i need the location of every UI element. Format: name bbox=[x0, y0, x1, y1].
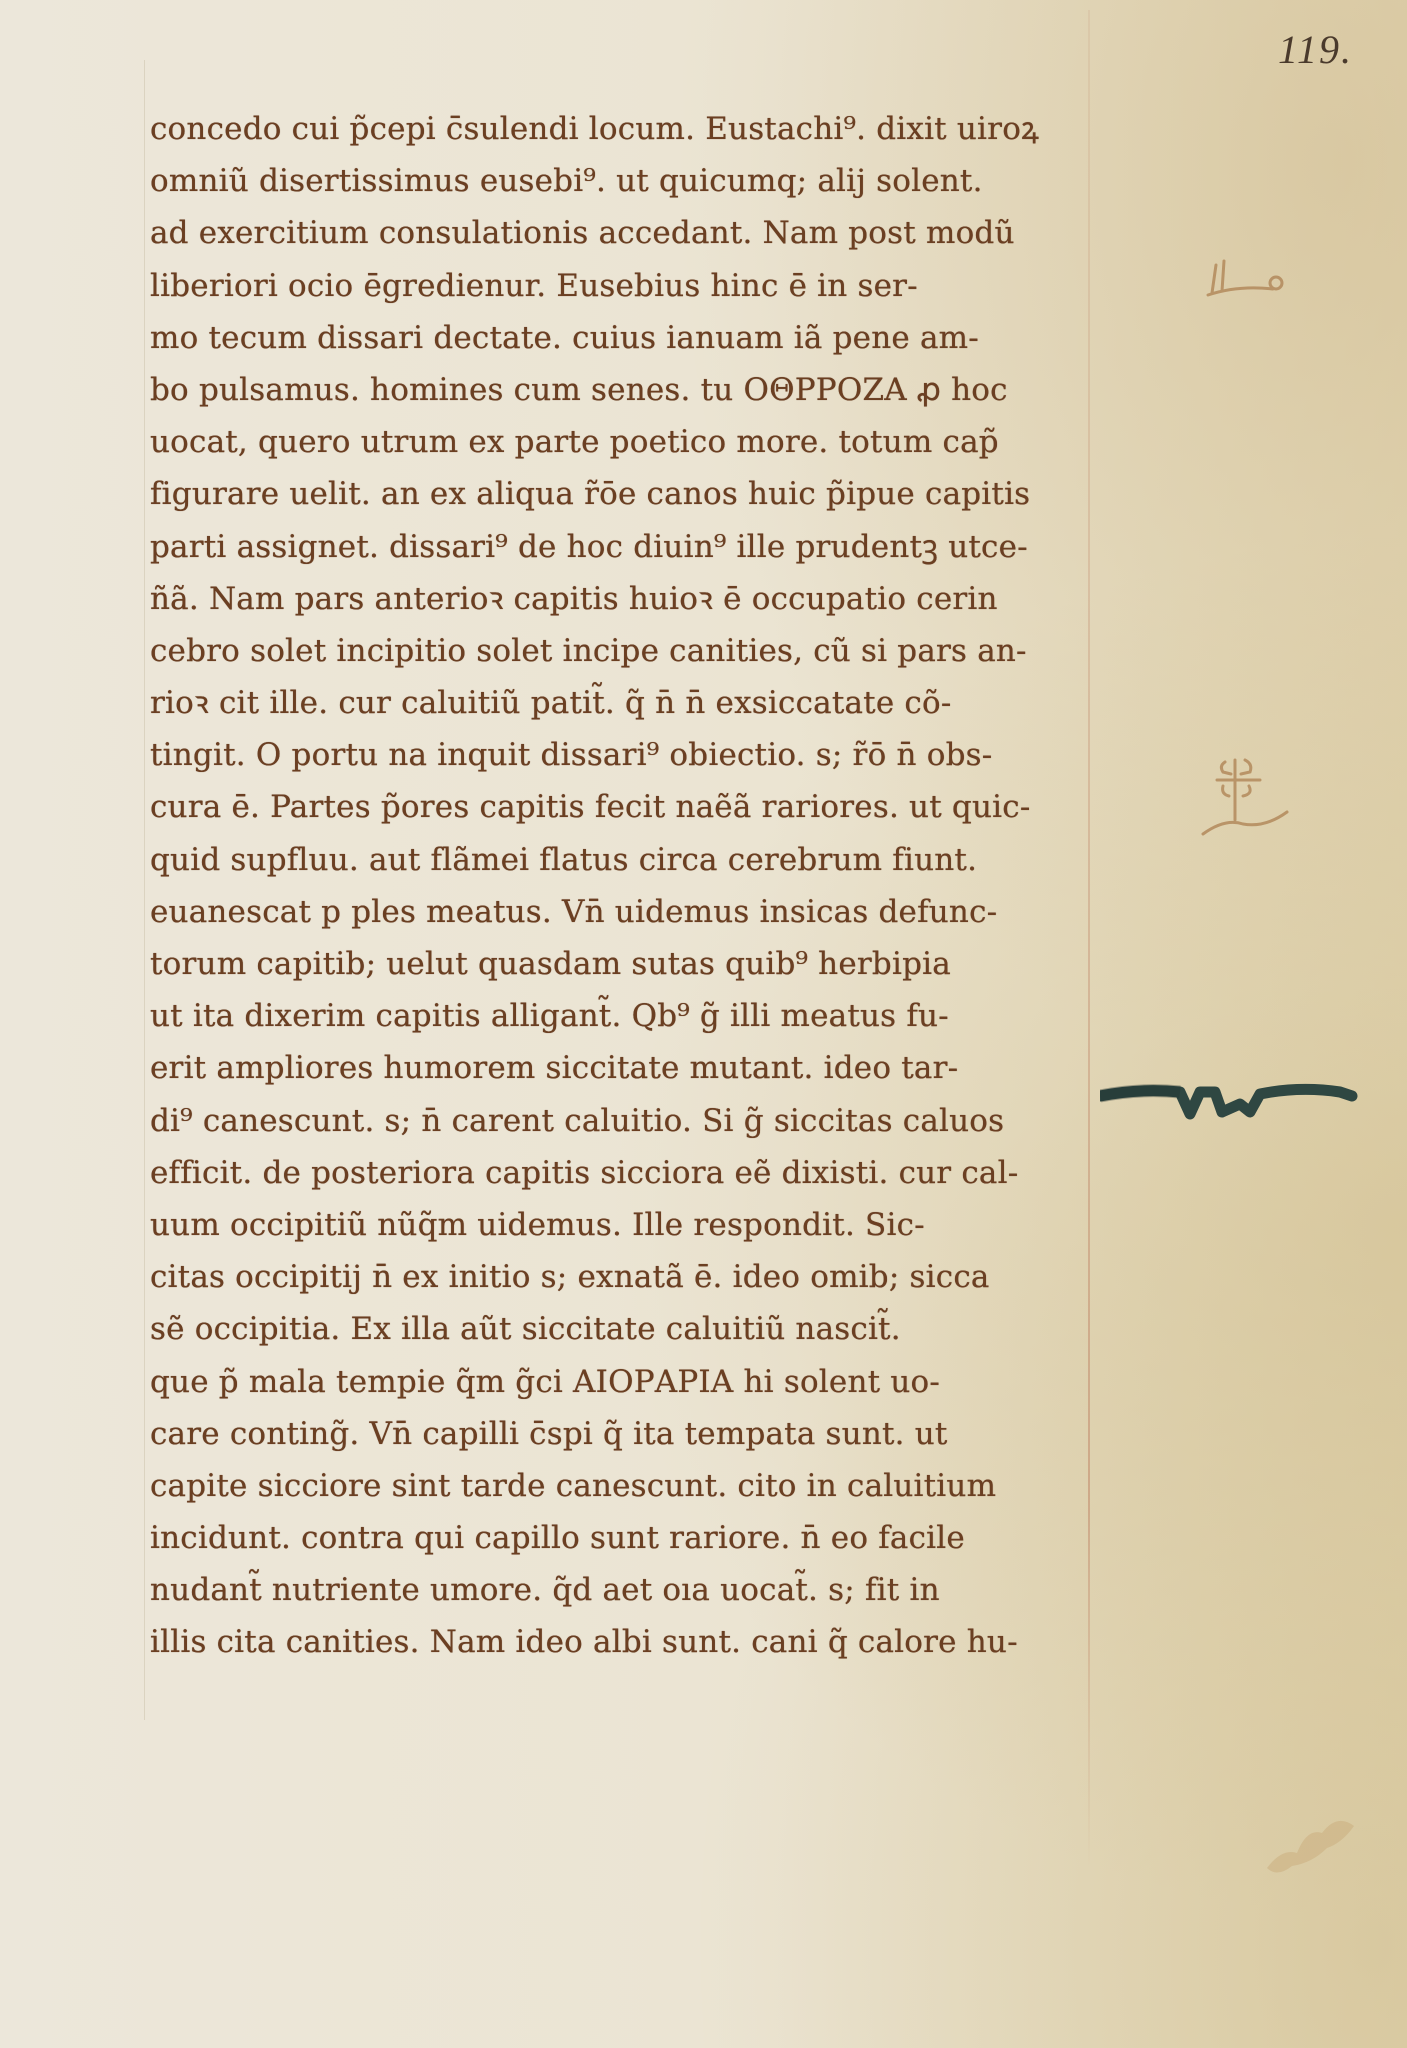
text-line: rioꝛ cit ille. cur caluitiũ patit̃. q̃ n… bbox=[150, 677, 1150, 729]
text-line: sẽ occipitia. Ex illa aũt siccitate calu… bbox=[150, 1303, 1150, 1355]
text-line: citas occipitij n̄ ex initio s; exnatã ē… bbox=[150, 1251, 1150, 1303]
text-line: quid supfluu. aut flãmei flatus circa ce… bbox=[150, 834, 1150, 886]
ruling-line-left bbox=[144, 60, 145, 1720]
text-block: concedo cui p̃cepi c̄sulendi locum. Eust… bbox=[150, 103, 1150, 1669]
ink-stroke-mark bbox=[1100, 1082, 1360, 1136]
text-line: capite sicciore sint tarde canescunt. ci… bbox=[150, 1460, 1150, 1512]
text-line: que p̃ mala tempie q̃m g̃ci ΑΙΟΡΑΡΙΑ hi … bbox=[150, 1356, 1150, 1408]
text-line: incidunt. contra qui capillo sunt rarior… bbox=[150, 1512, 1150, 1564]
parchment-stain bbox=[1262, 1808, 1362, 1878]
flower-mark-icon bbox=[1195, 750, 1295, 844]
text-line: di⁹ canescunt. s; n̄ carent caluitio. Si… bbox=[150, 1095, 1150, 1147]
manuscript-folio: 119. concedo cui p̃cepi c̄sulendi locum.… bbox=[0, 0, 1407, 2048]
text-line: omniũ disertissimus eusebi⁹. ut quicumq;… bbox=[150, 155, 1150, 207]
text-line: cebro solet incipitio solet incipe canit… bbox=[150, 625, 1150, 677]
text-line: illis cita canities. Nam ideo albi sunt.… bbox=[150, 1616, 1150, 1668]
text-line: erit ampliores humorem siccitate mutant.… bbox=[150, 1042, 1150, 1094]
text-line: uum occipitiũ nũq̃m uidemus. Ille respon… bbox=[150, 1199, 1150, 1251]
text-line: ñã. Nam pars anterioꝛ capitis huioꝛ ē oc… bbox=[150, 573, 1150, 625]
text-line: uocat, quero utrum ex parte poetico more… bbox=[150, 416, 1150, 468]
text-line: ut ita dixerim capitis alligant̃. Qb⁹ g̃… bbox=[150, 990, 1150, 1042]
text-line: liberiori ocio ēgredienur. Eusebius hinc… bbox=[150, 260, 1150, 312]
text-line: figurare uelit. an ex aliqua r̃ōe canos … bbox=[150, 468, 1150, 520]
text-line: parti assignet. dissari⁹ de hoc diuin⁹ i… bbox=[150, 521, 1150, 573]
text-line: care conting̃. Vn̄ capilli c̄spi q̃ ita … bbox=[150, 1408, 1150, 1460]
text-line: bo pulsamus. homines cum senes. tu ΟΘΡΡΟ… bbox=[150, 364, 1150, 416]
text-line: cura ē. Partes p̃ores capitis fecit naẽã… bbox=[150, 781, 1150, 833]
nota-mark-icon bbox=[1198, 255, 1288, 309]
text-line: torum capitib; uelut quasdam sutas quib⁹… bbox=[150, 938, 1150, 990]
text-line: efficit. de posteriora capitis sicciora … bbox=[150, 1147, 1150, 1199]
text-line: tingit. O portu na inquit dissari⁹ obiec… bbox=[150, 729, 1150, 781]
text-line: mo tecum dissari dectate. cuius ianuam i… bbox=[150, 312, 1150, 364]
text-line: ad exercitium consulationis accedant. Na… bbox=[150, 207, 1150, 259]
text-line: euanescat p ples meatus. Vn̄ uidemus ins… bbox=[150, 886, 1150, 938]
text-line: nudant̃ nutriente umore. q̃d aet oıa uoc… bbox=[150, 1564, 1150, 1616]
folio-number: 119. bbox=[1278, 26, 1353, 73]
text-line: concedo cui p̃cepi c̄sulendi locum. Eust… bbox=[150, 103, 1150, 155]
